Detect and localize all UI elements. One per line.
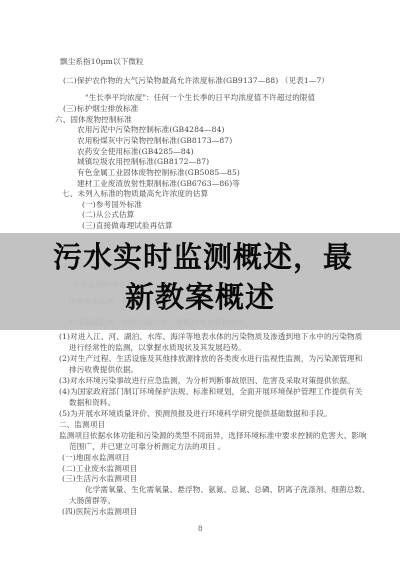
banner-title-line-1: 污水实时监测概述，最 (0, 238, 400, 276)
text-line: 监测项目依据水体功能和污染源的类型不同而异，选择环境标准中要求控制的危害大、影响 (59, 431, 367, 441)
text-line: (三)生活污水监测项目 (62, 474, 137, 484)
text-line: 大肠菌群等。 (69, 496, 115, 506)
text-line: 范围广，并已建立可靠分析测定方法的项目 。 (69, 442, 225, 452)
text-line: (三)直接做毒理试验再估算 (82, 221, 173, 231)
text-line: 城镇垃圾农用控制标准(GB8172—87) (77, 157, 209, 167)
text-line: (一)参考国外标准 (82, 200, 142, 210)
text-line: (三)标护烟尘排放标准 (63, 104, 138, 114)
text-line: (二)工业废水监测项目 (62, 464, 137, 474)
text-line: (2)对生产过程、生活设施及其他排放源排放的各类废水进行监视性监测，为污染源管理… (59, 354, 362, 364)
text-line: 建材工业废渣放射性限制标准(GB6763—86)等 (77, 179, 240, 189)
text-line: (5)为开展水环境质量评价、预测预报及进行环境科学研究提供基础数据和手段。 (59, 409, 332, 419)
text-line: 数据和资料。 (69, 398, 115, 408)
text-line: (3)对水环境污染事故进行应急监测，为分析判断事故原因、危害及采取对策提供依据。 (59, 376, 355, 386)
text-line: 六、固体废物控制标准 (55, 115, 132, 125)
text-line: (四)医院污水监测项目 (62, 507, 137, 517)
text-line: (一)地面水监测项目 (62, 453, 130, 463)
text-line: 七、未列入标准的物质最高允许浓度的估算 (62, 189, 208, 199)
text-line: 农用污泥中污染物控制标准(GB4284—84) (77, 125, 225, 135)
banner-title-line-2: 新教案概述 (0, 278, 400, 316)
text-line: (二)保护农作物的大气污染物最高允许浓度标准(GB9137—88) （见表1—7… (63, 76, 329, 86)
page-number: 8 (198, 525, 202, 533)
text-line: (二)从公式估算 (82, 210, 134, 220)
text-line: (4)为国家政府部门制订环境保护法规、标准和规划，全面开展环境保护管理工作提供有… (59, 387, 362, 397)
text-line: 进行经常性的监测，以掌握水质现状及其发展趋势。 (69, 343, 246, 353)
text-line: 飘尘系指10μm以下微粒 (60, 57, 144, 67)
text-line: 化学需氧量、生化需氧量、悬浮物、氨氮、总氮、总磷、阴离子洗涤剂、细菌总数、 (85, 485, 370, 495)
text-line: 农药安全使用标准(GB4285—84) (77, 147, 194, 157)
text-line: 有色金属工业固体废物控制标准(GB5085—85) (77, 168, 240, 178)
text-line: 农用粉煤灰中污染物控制标准(GB8173—87) (77, 136, 232, 146)
text-line: 二、监测项目 (59, 420, 105, 430)
banner-title: 污水实时监测概述，最 新教案概述 (0, 233, 400, 316)
text-line: 排污收费提供依据。 (69, 365, 138, 375)
text-line: (1)对进入江、河、湖泊、水库、海洋等地表水体的污染物质及渗透到地下水中的污染物… (59, 332, 362, 342)
text-line: "生长季平均浓度"：任何一个生长季的日平均浓度值不许超过的限值 (85, 93, 315, 103)
